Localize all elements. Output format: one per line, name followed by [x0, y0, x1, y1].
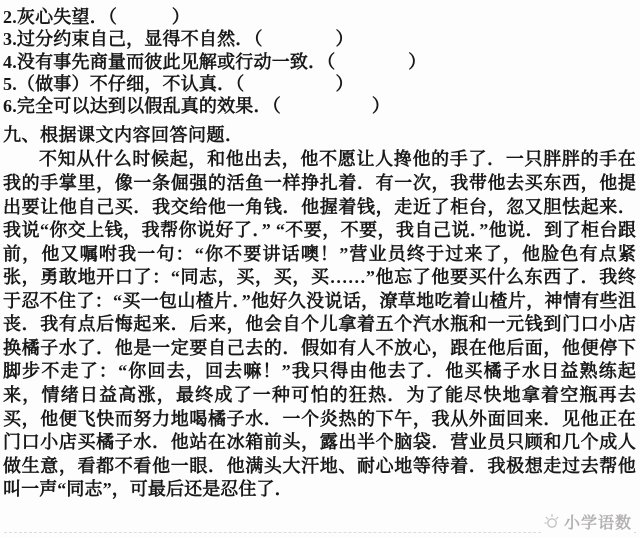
definition-item-6: 6.完全可以达到以假乱真的效果．（ ） [3, 95, 636, 117]
definition-item-3: 3.过分约束自己，显得不自然．（ ） [3, 28, 636, 50]
section-heading: 九、根据课文内容回答问题． [3, 124, 636, 146]
sun-doodle-icon [543, 513, 561, 531]
watermark: 小学语数 [541, 510, 634, 533]
definition-item-5: 5.（做事）不仔细，不认真．（ ） [3, 73, 636, 95]
watermark-label: 小学语数 [564, 510, 632, 533]
definition-items: 2.灰心失望．（ ） 3.过分约束自己，显得不自然．（ ） 4.没有事先商量而彼… [3, 6, 636, 117]
passage-text: 不知从什么时候起，和他出去，他不愿让人搀他的手了．一只胖胖的手在我的手掌里，像一… [3, 148, 636, 501]
worksheet-page: 2.灰心失望．（ ） 3.过分约束自己，显得不自然．（ ） 4.没有事先商量而彼… [0, 0, 640, 537]
definition-item-2: 2.灰心失望．（ ） [3, 6, 636, 28]
definition-item-4: 4.没有事先商量而彼此见解或行动一致．（ ） [3, 51, 636, 73]
